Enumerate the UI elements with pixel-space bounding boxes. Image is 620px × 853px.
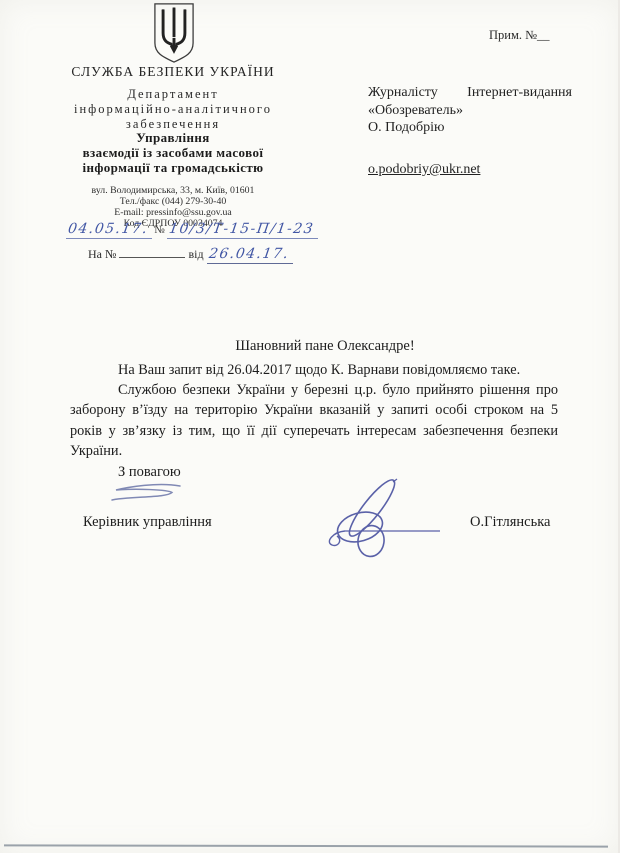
addressee-role: Журналісту Інтернет-видання [368,84,572,102]
letterhead-email: E-mail: pressinfo@ssu.gov.ua [27,207,319,218]
ukraine-trident-emblem-icon [151,3,197,63]
number-sign: № [154,224,165,236]
signer-name: О.Гітлянська [470,514,550,531]
handwritten-signature [305,472,450,560]
handwritten-outgoing-number: 10/3/Т-15-П/1-23 [168,221,315,237]
outgoing-reference-row: 04.05.17.№10/3/Т-15-П/1-23 [66,221,356,239]
handwritten-date: 04.05.17. [67,221,150,237]
salutation: Шановний пане Олександре! [80,338,570,355]
blank-underline [119,246,185,258]
closing-phrase: З повагою [118,464,181,481]
body-paragraph-2: Службою безпеки України у березні ц.р. б… [70,380,558,461]
org-title: СЛУЖБА БЕЗПЕКИ УКРАЇНИ [27,64,319,80]
department-line: інформаційно-аналітичного [27,102,319,117]
body-paragraph-1: На Ваш запит від 26.04.2017 щодо К. Варн… [70,360,558,380]
copy-number-note: Прим. №__ [489,28,550,43]
addressee-name: О. Подобрію [368,119,572,137]
signer-title: Керівник управління [83,514,212,531]
division-line: Управління [27,131,319,146]
addressee-block: Журналісту Інтернет-видання «Обозревател… [368,84,572,137]
reply-reference-row: На № від 26.04.17. [88,246,348,264]
division-line: інформації та громадськістю [27,161,319,176]
reply-from-label: від [188,247,203,261]
street-address: вул. Володимирська, 33, м. Київ, 01601 [27,185,319,196]
scan-bottom-edge [4,844,608,847]
phone-fax: Тел./факс (044) 279-30-40 [27,196,319,207]
division-name: Управління взаємодії із засобами масової… [27,131,319,175]
handwritten-paraph-flourish [106,481,188,505]
addressee-publication: «Обозреватель» [368,102,572,120]
scanned-letter-page: СЛУЖБА БЕЗПЕКИ УКРАЇНИ Департамент інфор… [0,0,620,853]
department-name: Департамент інформаційно-аналітичного за… [27,87,319,131]
division-line: взаємодії із засобами масової [27,146,319,161]
letter-body: На Ваш запит від 26.04.2017 щодо К. Варн… [70,360,558,461]
addressee-email: o.podobriy@ukr.net [368,162,480,178]
reply-label: На № [88,247,116,261]
handwritten-reply-date: 26.04.17. [207,246,290,262]
department-line: Департамент [27,87,319,102]
